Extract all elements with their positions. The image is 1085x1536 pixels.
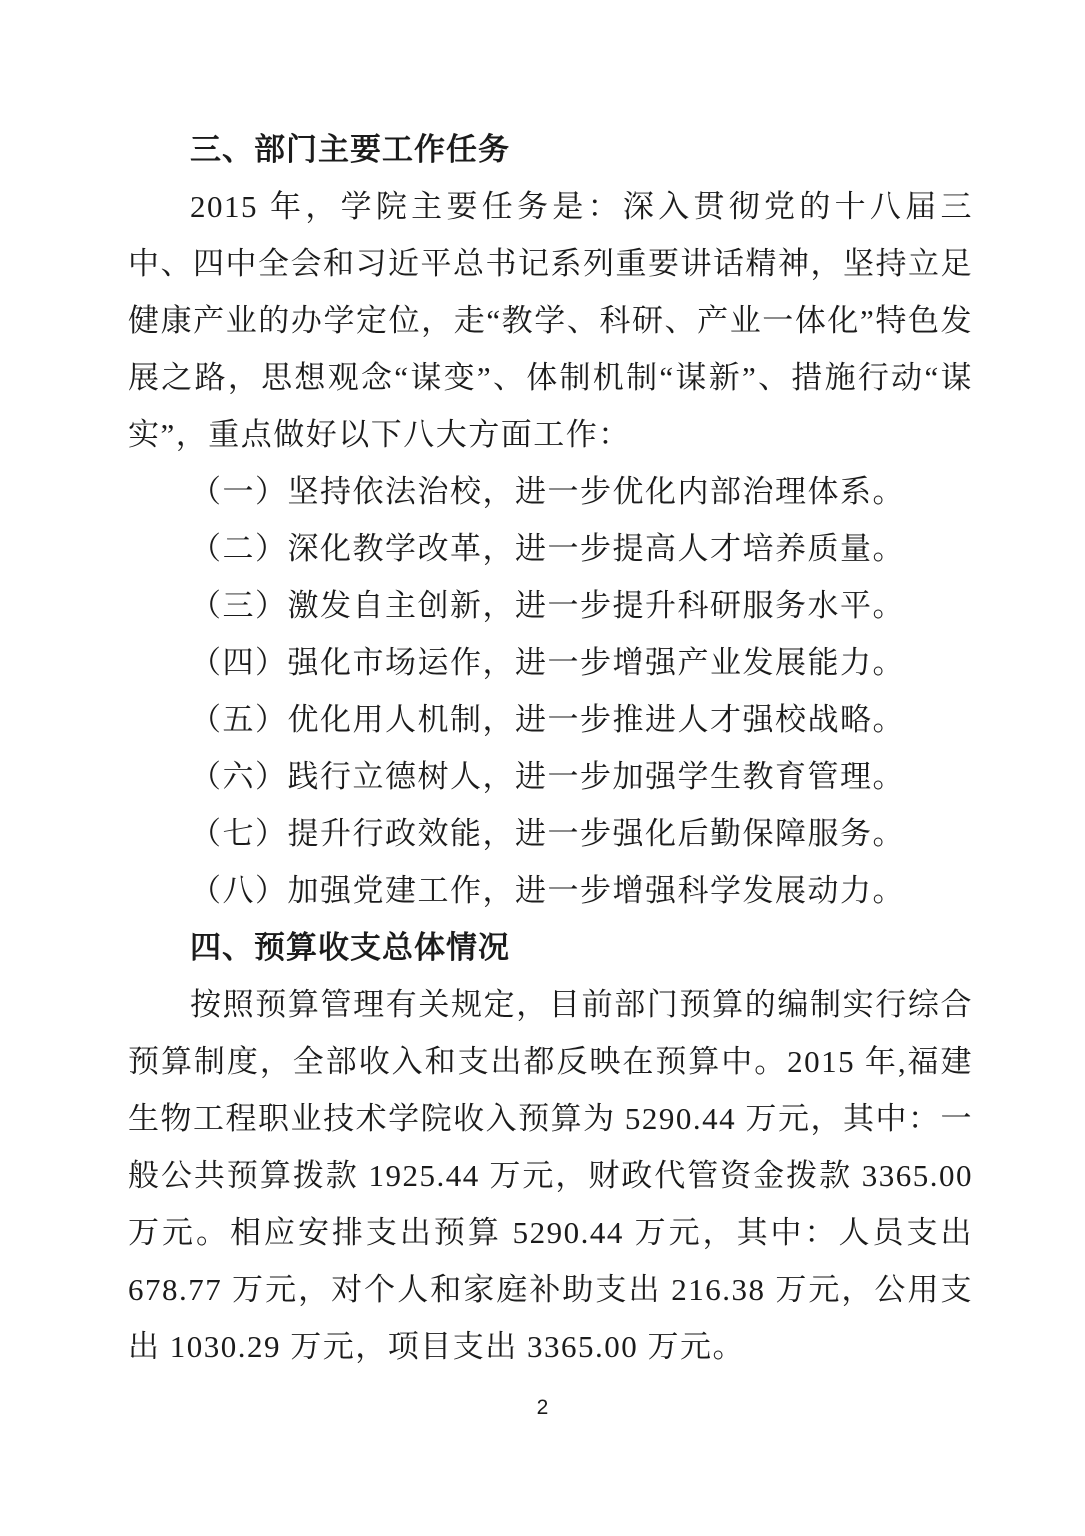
task-item-2: （二）深化教学改革，进一步提高人才培养质量。 xyxy=(128,520,973,577)
document-page: 三、部门主要工作任务 2015 年，学院主要任务是：深入贯彻党的十八届三中、四中… xyxy=(0,0,1085,1536)
section-heading-tasks: 三、部门主要工作任务 xyxy=(128,121,973,178)
document-content: 三、部门主要工作任务 2015 年，学院主要任务是：深入贯彻党的十八届三中、四中… xyxy=(128,121,973,1375)
budget-overview-paragraph: 按照预算管理有关规定，目前部门预算的编制实行综合预算制度，全部收入和支出都反映在… xyxy=(128,976,973,1375)
task-item-6: （六）践行立德树人，进一步加强学生教育管理。 xyxy=(128,748,973,805)
task-item-5: （五）优化用人机制，进一步推进人才强校战略。 xyxy=(128,691,973,748)
task-item-4: （四）强化市场运作，进一步增强产业发展能力。 xyxy=(128,634,973,691)
section-heading-budget: 四、预算收支总体情况 xyxy=(128,919,973,976)
task-item-3: （三）激发自主创新，进一步提升科研服务水平。 xyxy=(128,577,973,634)
tasks-intro-paragraph: 2015 年，学院主要任务是：深入贯彻党的十八届三中、四中全会和习近平总书记系列… xyxy=(128,178,973,463)
task-item-1: （一）坚持依法治校，进一步优化内部治理体系。 xyxy=(128,463,973,520)
task-item-7: （七）提升行政效能，进一步强化后勤保障服务。 xyxy=(128,805,973,862)
page-number: 2 xyxy=(0,1396,1085,1420)
task-item-8: （八）加强党建工作，进一步增强科学发展动力。 xyxy=(128,862,973,919)
